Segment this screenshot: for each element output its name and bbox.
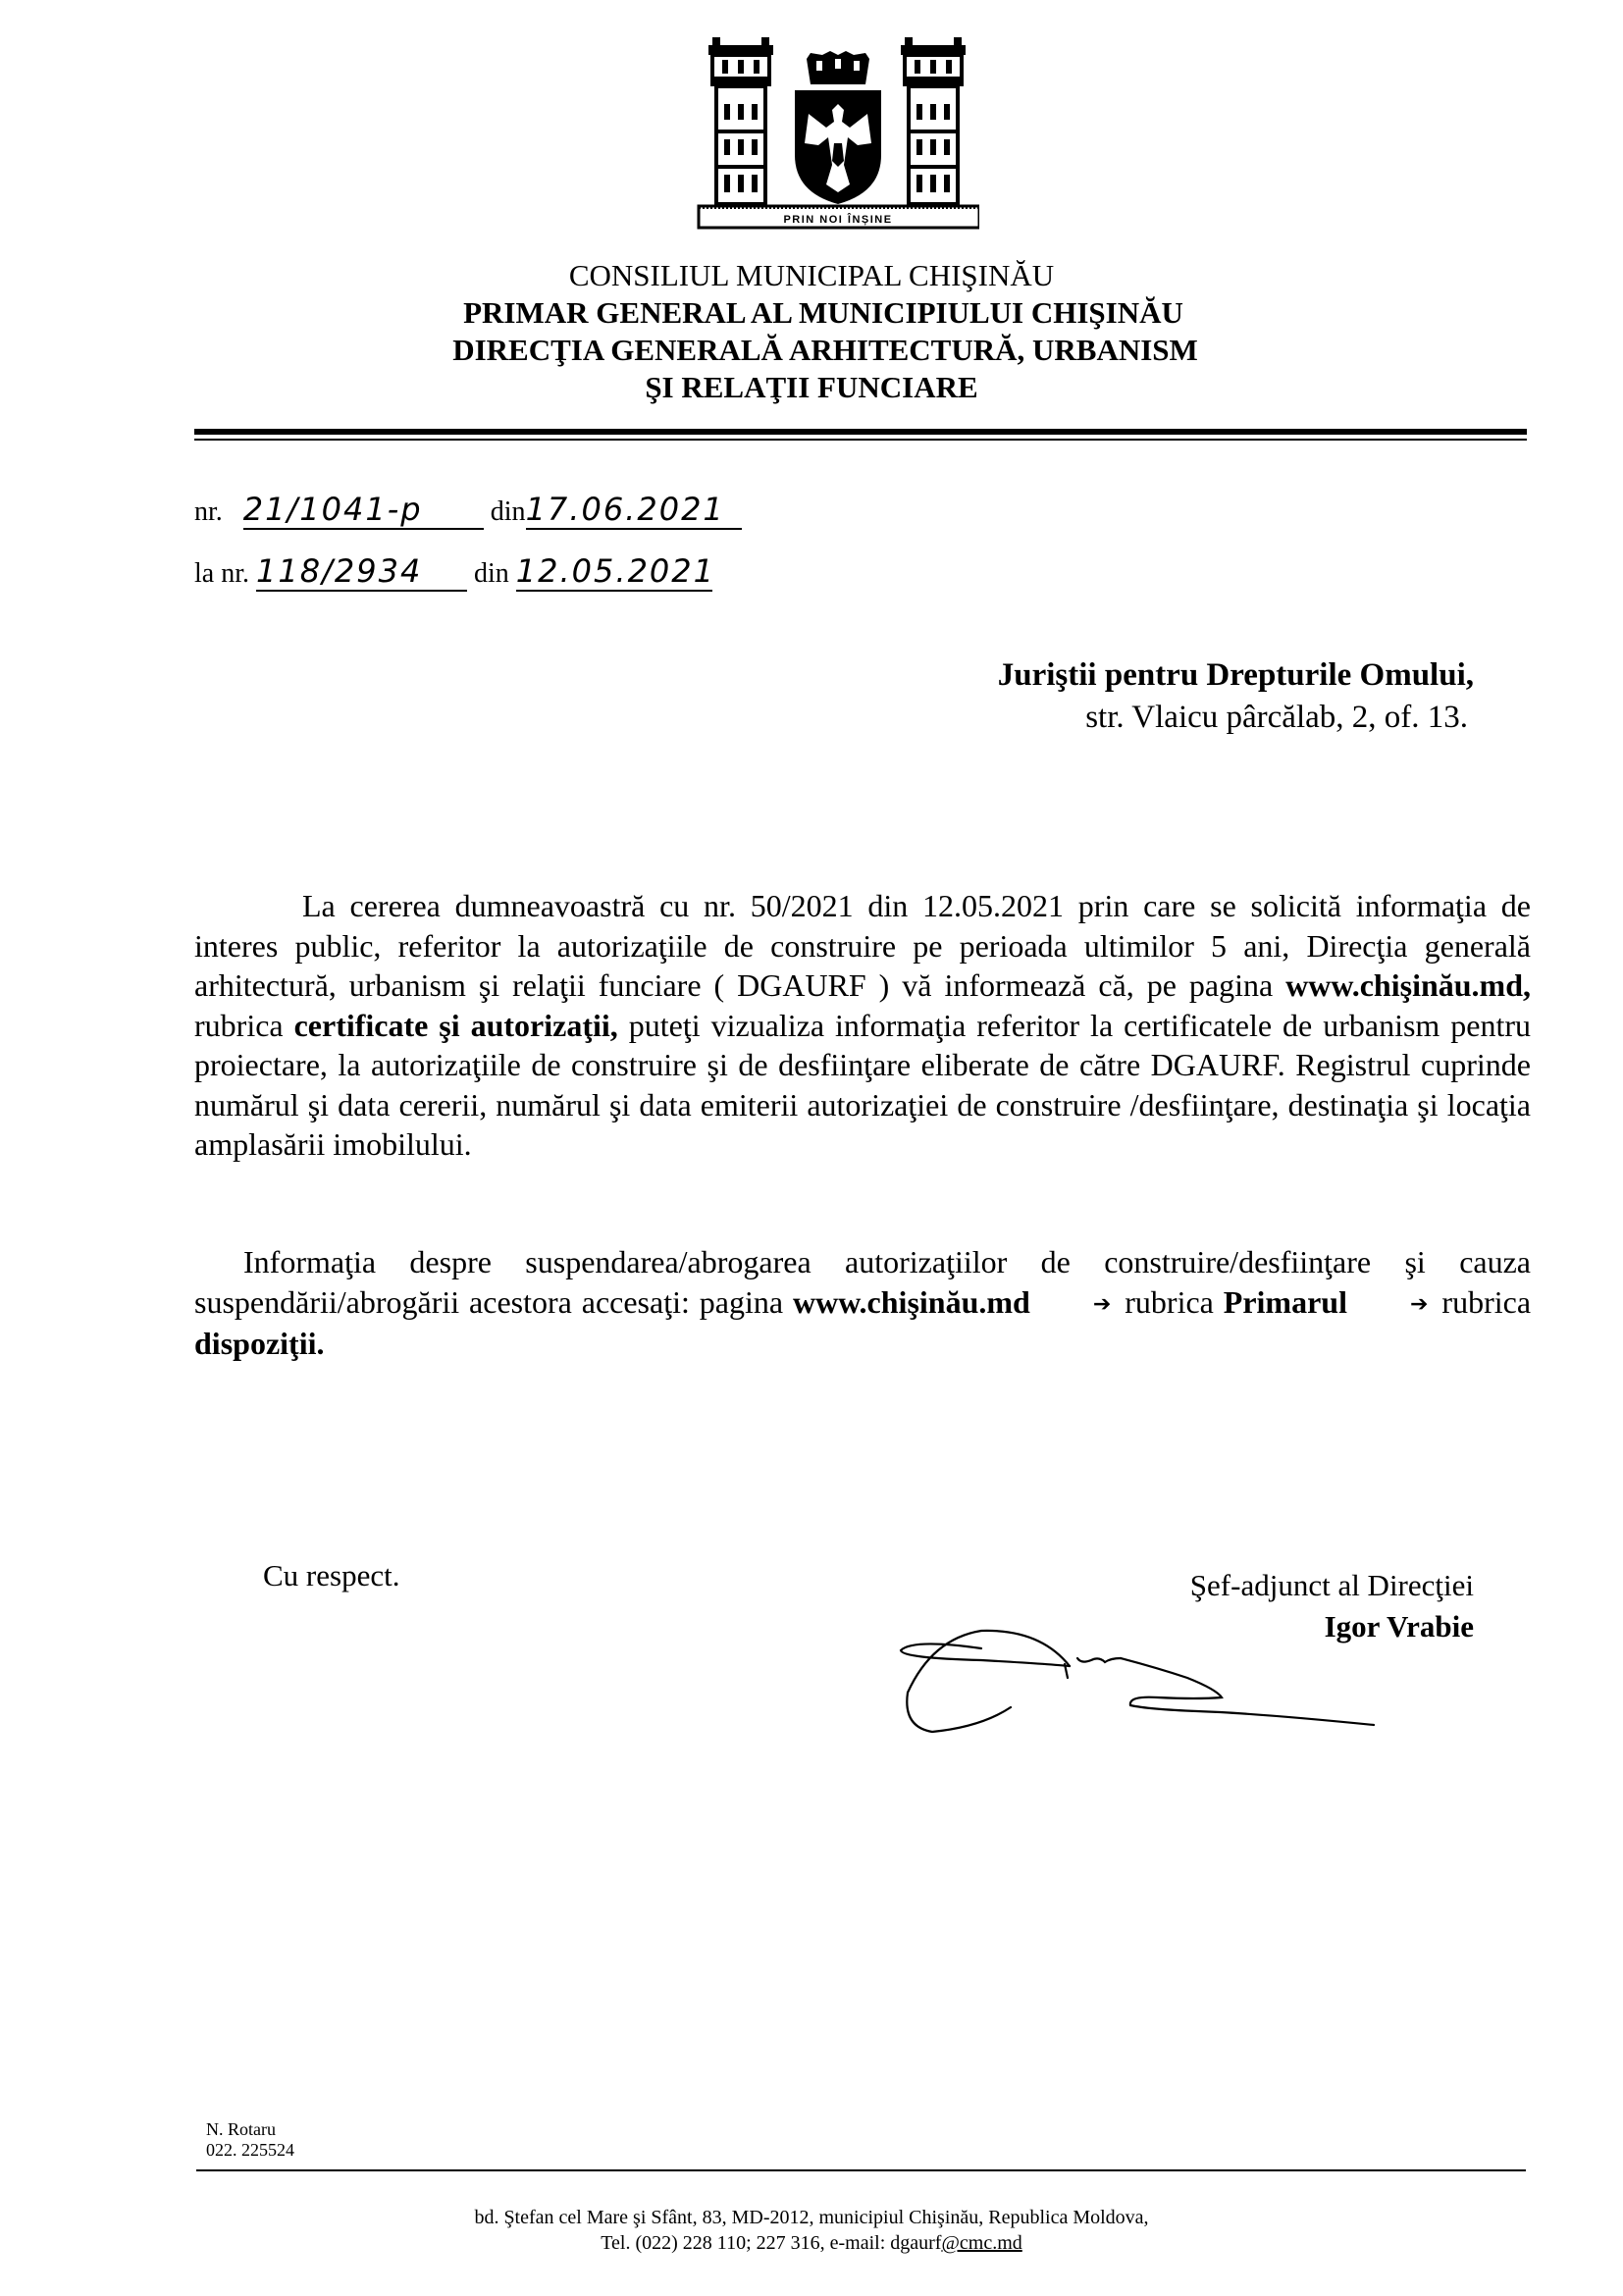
- section-mayor: Primarul: [1224, 1284, 1347, 1320]
- incoming-date: 12.05.2021: [516, 552, 715, 590]
- outgoing-number-label: nr.: [194, 496, 223, 527]
- arrow-right-icon: ➔: [1030, 1284, 1125, 1325]
- incoming-reference: la nr. 118/2934 din 12.05.2021: [194, 552, 712, 592]
- header-divider-thin: [194, 439, 1527, 441]
- body-paragraph-2: Informaţia despre suspendarea/abrogarea …: [194, 1242, 1531, 1364]
- directorate-name-line2: ŞI RELAŢII FUNCIARE: [0, 369, 1623, 406]
- motto-banner: PRIN NOI ÎNȘINE: [699, 206, 979, 228]
- mayor-office-name: PRIMAR GENERAL AL MUNICIPIULUI CHIŞINĂU: [12, 294, 1623, 332]
- municipal-coat-of-arms: PRIN NOI ÎNȘINE: [695, 27, 979, 234]
- recipient-address: str. Vlaicu pârcălab, 2, of. 13.: [1085, 700, 1468, 736]
- website-link-2[interactable]: www.chişinău.md: [793, 1284, 1030, 1320]
- website-link[interactable]: www.chişinău.md,: [1285, 967, 1531, 1003]
- executor-phone: 022. 225524: [206, 2140, 294, 2160]
- mural-crown-icon: [807, 51, 869, 84]
- motto-text: PRIN NOI ÎNȘINE: [783, 213, 892, 226]
- section-certificates: certificate şi autorizaţii,: [294, 1008, 618, 1043]
- footer-email-link[interactable]: @cmc.md: [941, 2232, 1021, 2254]
- arrow-right-icon: ➔: [1347, 1284, 1441, 1325]
- right-tower-icon: [901, 37, 966, 204]
- header-divider-thick: [194, 429, 1527, 435]
- outgoing-reference: nr. 21/1041-p din17.06.2021: [194, 491, 742, 530]
- footer-divider: [196, 2169, 1526, 2171]
- outgoing-number: 21/1041-p: [243, 491, 423, 528]
- section-dispositions: dispoziţii.: [194, 1326, 324, 1361]
- body-paragraph-1: La cererea dumneavoastră cu nr. 50/2021 …: [194, 886, 1531, 1165]
- directorate-name-line1: DIRECŢIA GENERALĂ ARHITECTURĂ, URBANISM: [14, 332, 1623, 369]
- outgoing-date-label: din: [491, 496, 526, 527]
- closing-salutation: Cu respect.: [263, 1558, 399, 1593]
- shield-eagle-icon: [795, 90, 881, 204]
- outgoing-date: 17.06.2021: [526, 491, 725, 528]
- left-tower-icon: [708, 37, 773, 204]
- handwritten-signature: [864, 1619, 1413, 1766]
- incoming-date-label: din: [474, 558, 509, 589]
- footer-address: bd. Ştefan cel Mare şi Sfânt, 83, MD-201…: [0, 2205, 1623, 2230]
- council-name: CONSILIUL MUNICIPAL CHIŞINĂU: [0, 257, 1623, 294]
- incoming-number-label: la nr.: [194, 558, 249, 589]
- executor-name: N. Rotaru: [206, 2119, 276, 2139]
- recipient-name: Juriştii pentru Drepturile Omului,: [998, 657, 1474, 694]
- footer-contacts: Tel. (022) 228 110; 227 316, e-mail: dga…: [0, 2230, 1623, 2256]
- signer-position: Şef-adjunct al Direcţiei: [1190, 1568, 1474, 1603]
- incoming-number: 118/2934: [256, 552, 422, 590]
